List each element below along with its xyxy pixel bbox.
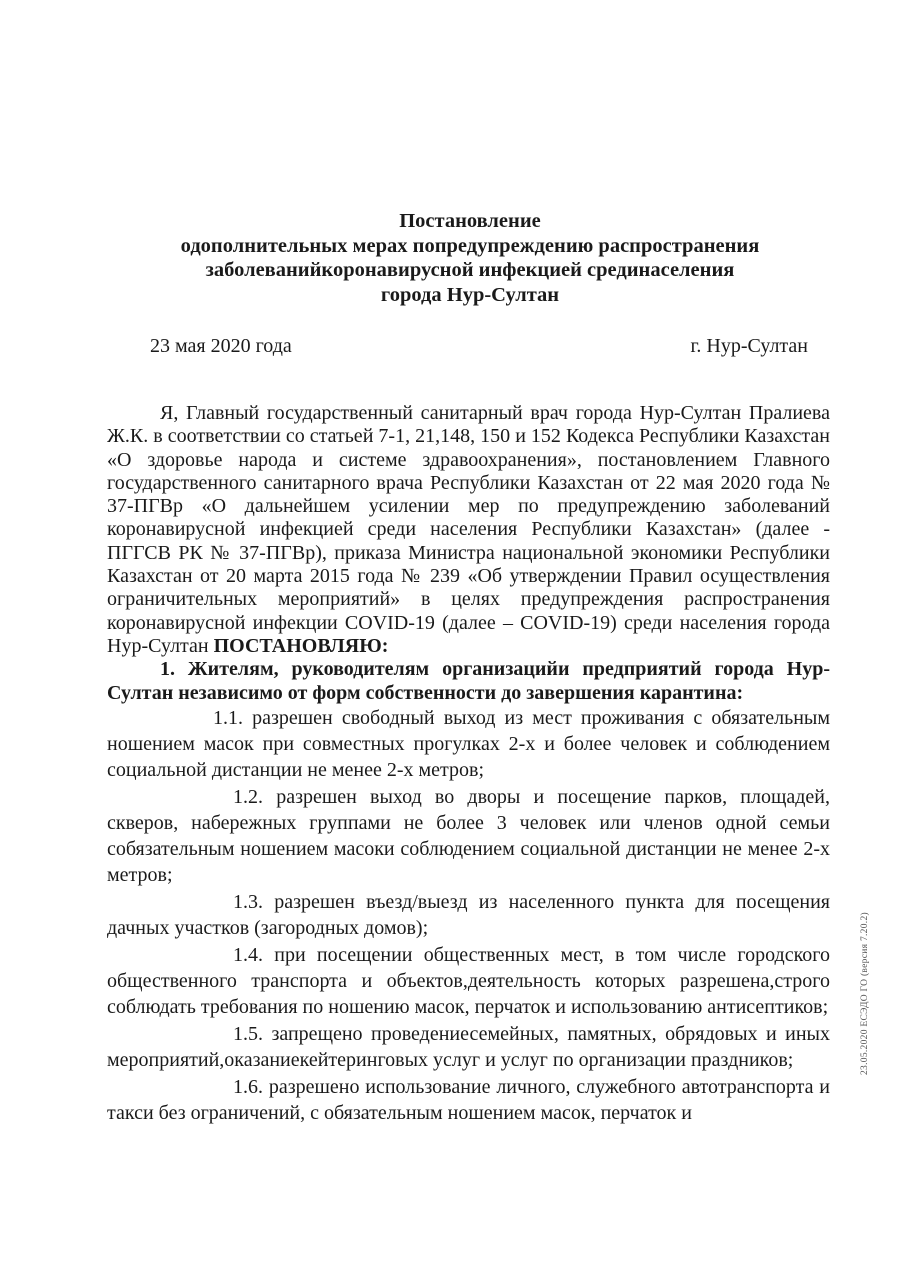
item-number: 1.1. xyxy=(160,705,243,731)
document-date: 23 мая 2020 года xyxy=(150,334,292,358)
decree-word: ПОСТАНОВЛЯЮ: xyxy=(214,635,389,657)
preamble-paragraph: Я, Главный государственный санитарный вр… xyxy=(107,402,830,658)
document-place: г. Нур-Султан xyxy=(690,334,808,358)
side-registration-stamp: 23.05.2020 ЕСЭДО ГО (версия 7.20.2) xyxy=(860,912,870,1075)
document-page: Постановление одополнительных мерах попр… xyxy=(0,0,900,1272)
list-item: 1.1. разрешен свободный выход из мест пр… xyxy=(107,705,830,783)
list-item: 1.3. разрешен въезд/выезд из населенного… xyxy=(107,889,830,941)
list-item: 1.2. разрешен выход во дворы и посещение… xyxy=(107,784,830,888)
item-number: 1.3. xyxy=(170,889,263,915)
item-number: 1.6. xyxy=(170,1074,263,1100)
document-subtitle-line-3: города Нур-Султан xyxy=(100,283,840,308)
document-body: Я, Главный государственный санитарный вр… xyxy=(107,402,830,1126)
list-item: 1.4. при посещении общественных мест, в … xyxy=(107,942,830,1020)
list-item: 1.5. запрещено проведениесемейных, памят… xyxy=(107,1021,830,1073)
preamble-text: Я, Главный государственный санитарный вр… xyxy=(107,402,830,657)
item-number: 1.2. xyxy=(170,784,263,810)
document-subtitle-line-1: одополнительных мерах попредупреждению р… xyxy=(100,234,840,259)
item-number: 1.4. xyxy=(170,942,263,968)
item-number: 1.5. xyxy=(170,1021,263,1047)
document-title-block: Постановление одополнительных мерах попр… xyxy=(100,209,840,307)
date-place-row: 23 мая 2020 года г. Нур-Султан xyxy=(150,334,808,358)
document-subtitle-line-2: заболеванийкоронавирусной инфекцией сред… xyxy=(100,258,840,283)
section-1-heading: 1. Жителям, руководителям организацийи п… xyxy=(107,658,830,705)
list-item: 1.6. разрешено использование личного, сл… xyxy=(107,1074,830,1126)
document-title: Постановление xyxy=(100,209,840,234)
